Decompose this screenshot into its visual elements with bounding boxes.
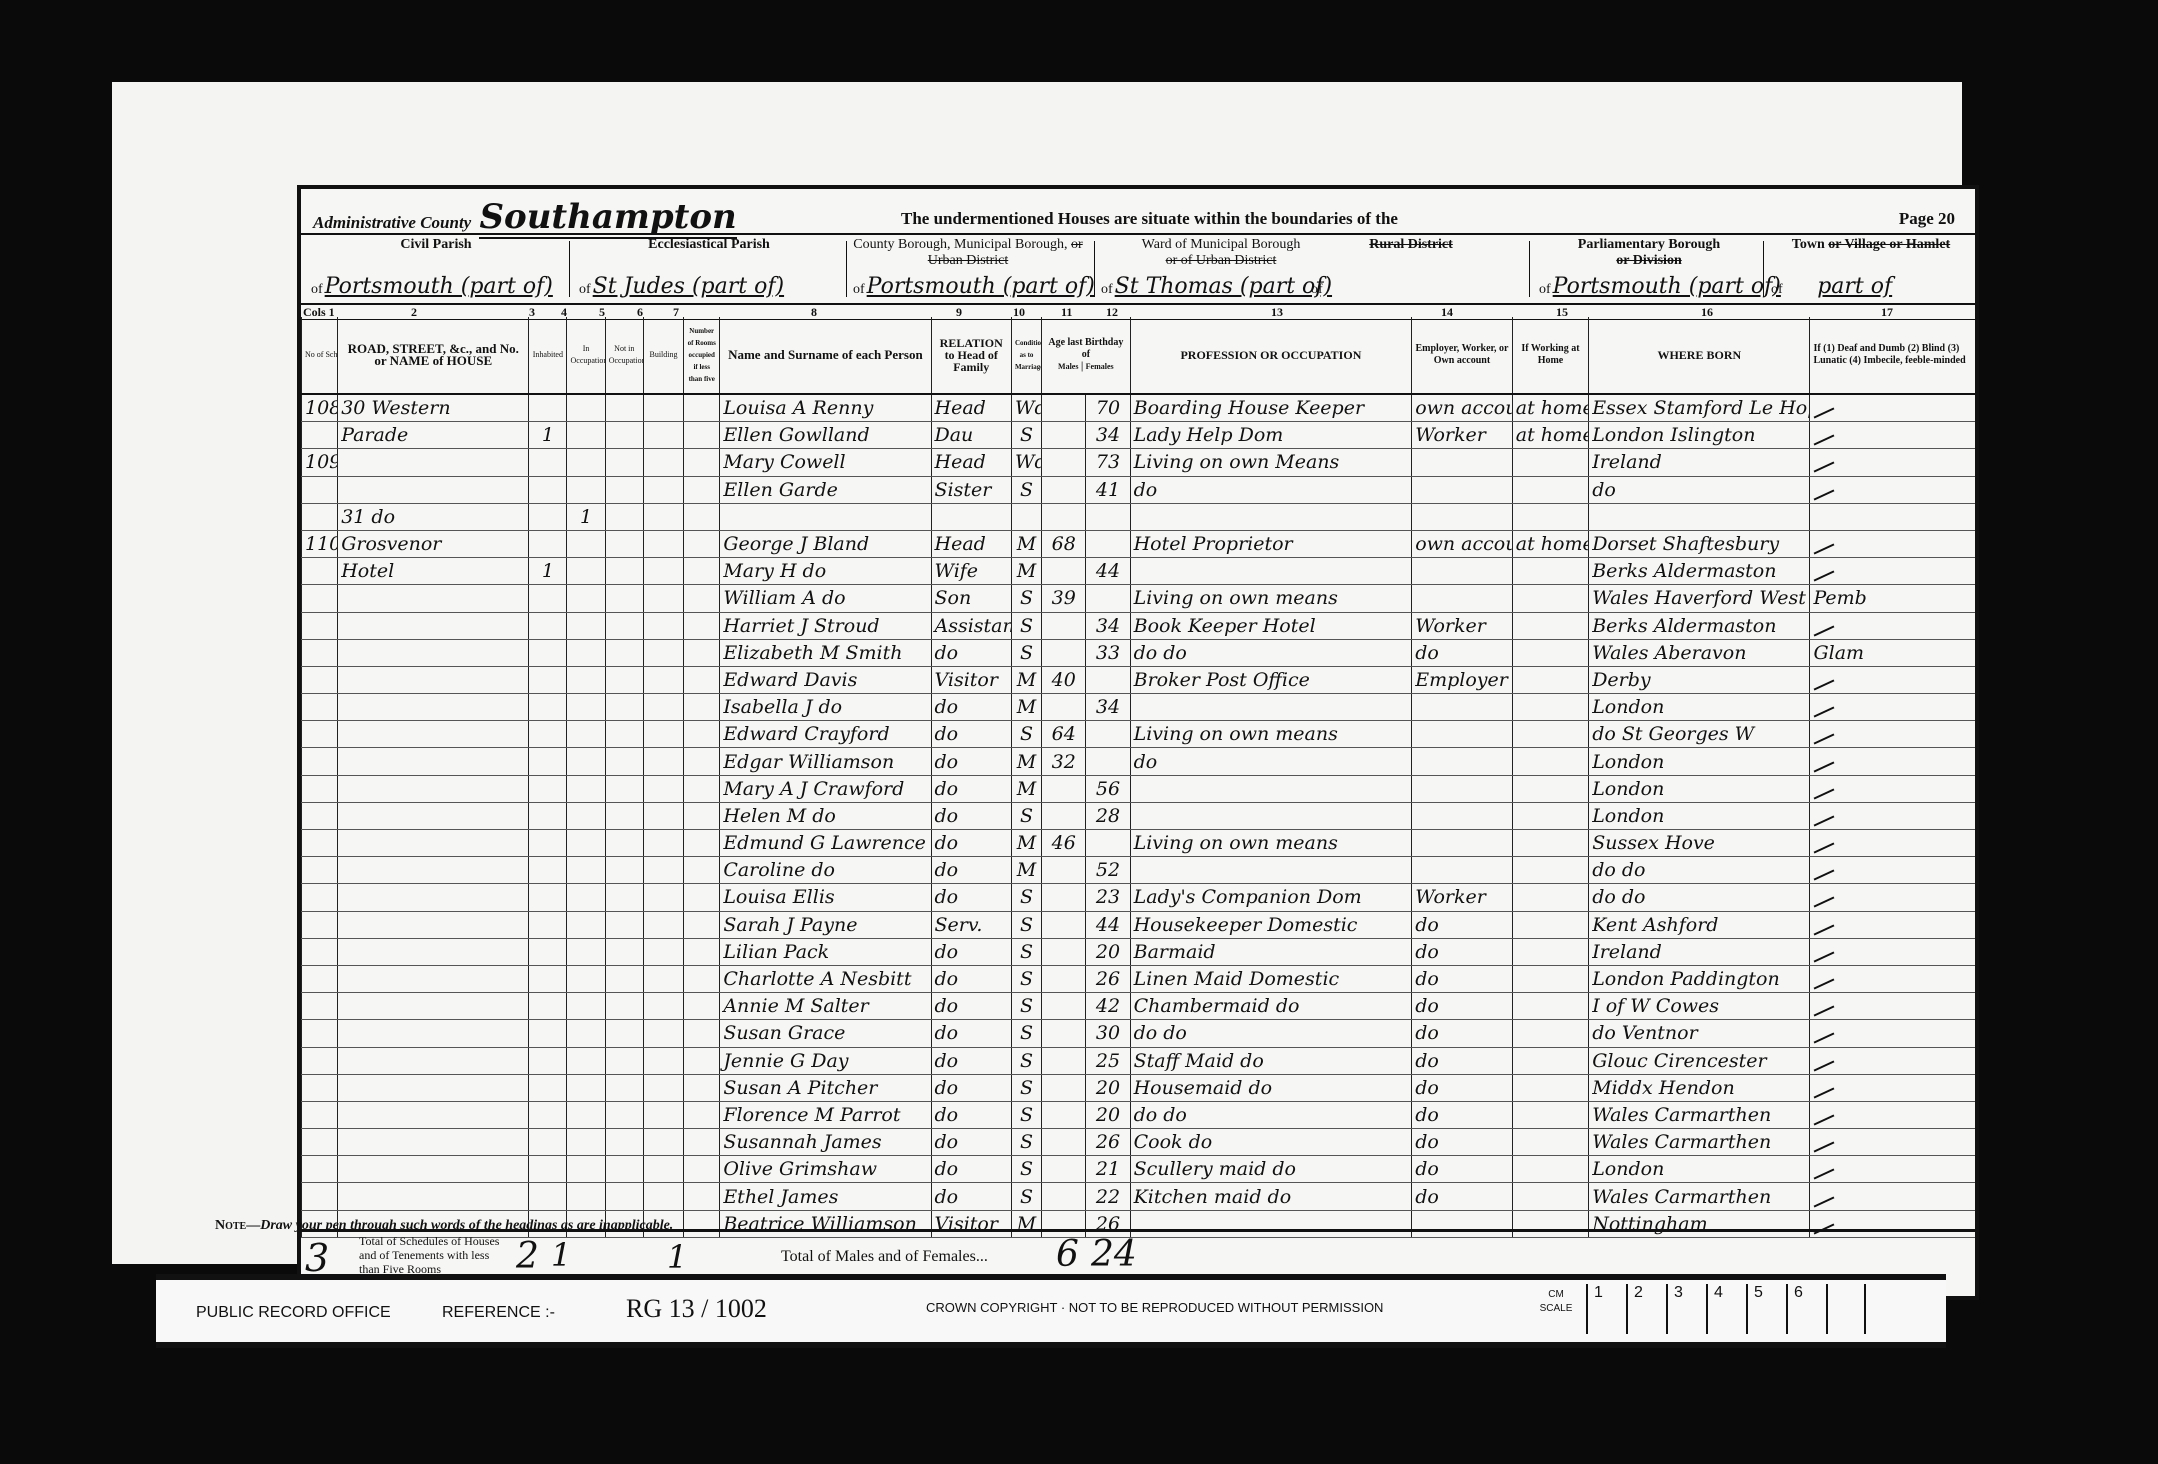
table-row: Susannah JamesdoS26Cook dodoWales Carmar…	[302, 1129, 1976, 1156]
county-borough: County Borough, Municipal Borough, or Ur…	[853, 237, 1083, 303]
parl-borough-value: Portsmouth (part of)	[1553, 274, 1781, 299]
cell-name: Isabella J do	[720, 694, 931, 721]
cell-schedule	[302, 721, 338, 748]
tick-mark-icon	[1814, 408, 1835, 419]
cell-uninhabited	[567, 585, 605, 612]
cell-building	[643, 1074, 683, 1101]
cell-notocc	[605, 748, 643, 775]
cell-born: do Ventnor	[1589, 1020, 1810, 1047]
cell-born: Wales Carmarthen	[1589, 1101, 1810, 1128]
cell-notocc	[605, 503, 643, 530]
cell-occupation	[1130, 857, 1412, 884]
cell-infirmity	[1810, 1156, 1975, 1183]
cell-building	[643, 1101, 683, 1128]
cell-rooms	[684, 721, 720, 748]
cell-name: George J Bland	[720, 530, 931, 557]
total-females: 24	[1091, 1234, 1137, 1275]
cell-infirmity	[1810, 503, 1975, 530]
tick-mark-icon	[1814, 815, 1835, 826]
cell-at-home: at home	[1512, 530, 1588, 557]
cell-female	[1086, 666, 1130, 693]
cell-uninhabited	[567, 938, 605, 965]
cell-male	[1042, 1101, 1086, 1128]
cell-address	[338, 1183, 529, 1210]
header-age: Age last Birthday ofMales | Females	[1042, 317, 1131, 394]
cell-uninhabited	[567, 993, 605, 1020]
cell-inhabited	[529, 530, 567, 557]
cell-female: 52	[1086, 857, 1130, 884]
cell-relation: Son	[931, 585, 1011, 612]
record-office: PUBLIC RECORD OFFICE	[196, 1304, 391, 1322]
table-row: Annie M SalterdoS42Chambermaid dodoI of …	[302, 993, 1976, 1020]
header-occupation: PROFESSION OR OCCUPATION	[1130, 317, 1412, 394]
cell-employment	[1412, 694, 1513, 721]
cell-occupation	[1130, 558, 1412, 585]
cell-condition: Wd	[1011, 394, 1041, 422]
cell-employment: do	[1412, 1074, 1513, 1101]
cell-occupation: Boarding House Keeper	[1130, 394, 1412, 422]
cell-occupation: Barmaid	[1130, 938, 1412, 965]
tick-mark-icon	[1814, 978, 1835, 989]
cell-employment: do	[1412, 1183, 1513, 1210]
cell-female: 20	[1086, 1101, 1130, 1128]
cell-at-home	[1512, 1183, 1588, 1210]
total-inhabited: 2	[516, 1236, 539, 1277]
tick-mark-icon	[1814, 734, 1835, 745]
cell-relation: do	[931, 993, 1011, 1020]
cell-notocc	[605, 666, 643, 693]
cell-relation: do	[931, 775, 1011, 802]
cell-condition: S	[1011, 1183, 1041, 1210]
cell-employment	[1412, 857, 1513, 884]
cell-occupation: Living on own means	[1130, 721, 1412, 748]
tick-mark-icon	[1814, 924, 1835, 935]
cell-infirmity	[1810, 938, 1975, 965]
cell-condition: S	[1011, 1129, 1041, 1156]
table-row: Lilian PackdoS20BarmaiddoIreland	[302, 938, 1976, 965]
cell-notocc	[605, 965, 643, 992]
cell-at-home	[1512, 965, 1588, 992]
cell-female: 34	[1086, 694, 1130, 721]
cell-born: Berks Aldermaston	[1589, 558, 1810, 585]
cell-name: Mary H do	[720, 558, 931, 585]
cell-condition: S	[1011, 938, 1041, 965]
table-row: Edmund G LawrencedoM46Living on own mean…	[302, 830, 1976, 857]
cell-address	[338, 965, 529, 992]
cell-rooms	[684, 830, 720, 857]
cell-inhabited	[529, 694, 567, 721]
cell-name: Caroline do	[720, 857, 931, 884]
cell-condition: S	[1011, 1156, 1041, 1183]
table-row: Ellen GardeSisterS41dodo	[302, 476, 1976, 503]
cell-schedule	[302, 1101, 338, 1128]
cell-address	[338, 694, 529, 721]
cell-notocc	[605, 639, 643, 666]
cell-building	[643, 802, 683, 829]
cell-female: 28	[1086, 802, 1130, 829]
cell-address	[338, 1156, 529, 1183]
cell-employment: Worker	[1412, 884, 1513, 911]
cell-infirmity	[1810, 422, 1975, 449]
cell-notocc	[605, 394, 643, 422]
cell-at-home	[1512, 1020, 1588, 1047]
cell-inhabited: 1	[529, 558, 567, 585]
table-row: Elizabeth M SmithdoS33do dodoWales Abera…	[302, 639, 1976, 666]
table-row: Susan A PitcherdoS20Housemaid dodoMiddx …	[302, 1074, 1976, 1101]
town: Town or Village or Hamlet ofpart of	[1771, 237, 1971, 303]
cell-infirmity	[1810, 394, 1975, 422]
table-row: 110GrosvenorGeorge J BlandHeadM68Hotel P…	[302, 530, 1976, 557]
cell-notocc	[605, 694, 643, 721]
cell-inhabited	[529, 911, 567, 938]
cell-infirmity	[1810, 612, 1975, 639]
cell-born: do do	[1589, 884, 1810, 911]
table-row: 31 do1	[302, 503, 1976, 530]
cell-building	[643, 748, 683, 775]
cell-male	[1042, 1020, 1086, 1047]
cell-uninhabited	[567, 639, 605, 666]
tick-mark-icon	[1814, 870, 1835, 881]
copyright-notice: CROWN COPYRIGHT · NOT TO BE REPRODUCED W…	[926, 1300, 1383, 1315]
cell-inhabited	[529, 394, 567, 422]
column-headers: No of Schedule ROAD, STREET, &c., and No…	[302, 317, 1976, 394]
cell-female: 21	[1086, 1156, 1130, 1183]
cell-condition: S	[1011, 1074, 1041, 1101]
cell-infirmity	[1810, 911, 1975, 938]
cell-building	[643, 666, 683, 693]
cell-at-home	[1512, 721, 1588, 748]
cell-infirmity	[1810, 694, 1975, 721]
cell-occupation: Housekeeper Domestic	[1130, 911, 1412, 938]
cell-name: Mary Cowell	[720, 449, 931, 476]
cell-schedule	[302, 612, 338, 639]
cell-rooms	[684, 585, 720, 612]
cell-male	[1042, 612, 1086, 639]
cell-male	[1042, 802, 1086, 829]
cell-male: 46	[1042, 830, 1086, 857]
cell-name: Ethel James	[720, 1183, 931, 1210]
cell-condition: M	[1011, 830, 1041, 857]
cell-inhabited	[529, 1047, 567, 1074]
table-row: Caroline dodoM52do do	[302, 857, 1976, 884]
cell-at-home	[1512, 1074, 1588, 1101]
cell-condition: M	[1011, 775, 1041, 802]
cell-employment: do	[1412, 1156, 1513, 1183]
cell-occupation: Hotel Proprietor	[1130, 530, 1412, 557]
cell-female: 26	[1086, 1129, 1130, 1156]
cell-inhabited	[529, 666, 567, 693]
cell-uninhabited	[567, 884, 605, 911]
cell-building	[643, 965, 683, 992]
cell-occupation: Lady Help Dom	[1130, 422, 1412, 449]
page-number: Page 20	[1899, 209, 1955, 229]
cell-employment	[1412, 802, 1513, 829]
cell-building	[643, 639, 683, 666]
cell-male	[1042, 911, 1086, 938]
cell-born: Glouc Cirencester	[1589, 1047, 1810, 1074]
cell-address	[338, 857, 529, 884]
tick-mark-icon	[1814, 843, 1835, 854]
cell-female: 26	[1086, 965, 1130, 992]
cell-notocc	[605, 449, 643, 476]
cell-inhabited	[529, 830, 567, 857]
tick-mark-icon	[1814, 571, 1835, 582]
cell-relation: do	[931, 1183, 1011, 1210]
cell-at-home	[1512, 666, 1588, 693]
parliamentary-borough: Parliamentary Boroughor Division ofPorts…	[1539, 237, 1759, 303]
cell-condition: M	[1011, 530, 1041, 557]
cell-at-home	[1512, 748, 1588, 775]
cell-born	[1589, 503, 1810, 530]
cell-notocc	[605, 476, 643, 503]
cell-schedule	[302, 666, 338, 693]
cell-inhabited	[529, 1101, 567, 1128]
cell-male	[1042, 422, 1086, 449]
cell-rooms	[684, 748, 720, 775]
county-borough-value: Portsmouth (part of)	[867, 274, 1095, 299]
table-row: Edgar WilliamsondoM32doLondon	[302, 748, 1976, 775]
cell-relation: do	[931, 1129, 1011, 1156]
cell-schedule	[302, 1020, 338, 1047]
census-sheet: Administrative County Southampton The un…	[297, 185, 1979, 1300]
cell-condition: S	[1011, 585, 1041, 612]
cell-rooms	[684, 449, 720, 476]
cell-notocc	[605, 1101, 643, 1128]
cell-uninhabited	[567, 476, 605, 503]
cell-inhabited	[529, 748, 567, 775]
cell-rooms	[684, 1047, 720, 1074]
scale-mark: 1	[1586, 1284, 1626, 1334]
cell-at-home	[1512, 503, 1588, 530]
cell-building	[643, 476, 683, 503]
cell-at-home	[1512, 558, 1588, 585]
cell-occupation: Living on own means	[1130, 830, 1412, 857]
cell-female	[1086, 748, 1130, 775]
cell-building	[643, 857, 683, 884]
cell-condition: S	[1011, 993, 1041, 1020]
cell-uninhabited	[567, 1156, 605, 1183]
cell-male	[1042, 775, 1086, 802]
cell-address	[338, 1047, 529, 1074]
cell-relation: do	[931, 748, 1011, 775]
scale-mark: 4	[1706, 1284, 1746, 1334]
cell-born: Derby	[1589, 666, 1810, 693]
cell-rooms	[684, 666, 720, 693]
cell-male	[1042, 993, 1086, 1020]
cell-rooms	[684, 993, 720, 1020]
cell-address	[338, 1074, 529, 1101]
scale-mark	[1826, 1284, 1866, 1334]
tick-mark-icon	[1814, 897, 1835, 908]
cell-address: Hotel	[338, 558, 529, 585]
cell-condition: M	[1011, 857, 1041, 884]
cell-uninhabited: 1	[567, 503, 605, 530]
cell-male: 32	[1042, 748, 1086, 775]
cell-address	[338, 1101, 529, 1128]
cell-employment	[1412, 775, 1513, 802]
cell-building	[643, 530, 683, 557]
header-schedule: No of Schedule	[302, 317, 338, 394]
cell-occupation: Housemaid do	[1130, 1074, 1412, 1101]
cell-employment	[1412, 830, 1513, 857]
cell-rooms	[684, 938, 720, 965]
cell-uninhabited	[567, 694, 605, 721]
cell-schedule	[302, 775, 338, 802]
cell-condition: S	[1011, 1020, 1041, 1047]
cell-born: Ireland	[1589, 449, 1810, 476]
cell-female: 20	[1086, 1074, 1130, 1101]
cell-male: 39	[1042, 585, 1086, 612]
cell-employment	[1412, 503, 1513, 530]
cell-rooms	[684, 1101, 720, 1128]
table-row: Edward CrayforddoS64Living on own meansd…	[302, 721, 1976, 748]
cell-relation: do	[931, 639, 1011, 666]
cell-uninhabited	[567, 857, 605, 884]
cell-infirmity	[1810, 449, 1975, 476]
cell-relation: Dau	[931, 422, 1011, 449]
cell-schedule	[302, 1047, 338, 1074]
cell-name: Harriet J Stroud	[720, 612, 931, 639]
table-row: Olive GrimshawdoS21Scullery maid dodoLon…	[302, 1156, 1976, 1183]
cell-employment: do	[1412, 965, 1513, 992]
cell-name: Sarah J Payne	[720, 911, 931, 938]
cell-schedule	[302, 1183, 338, 1210]
cell-female	[1086, 721, 1130, 748]
cell-name: Susan A Pitcher	[720, 1074, 931, 1101]
tick-mark-icon	[1814, 1006, 1835, 1017]
cell-male	[1042, 1156, 1086, 1183]
cell-building	[643, 503, 683, 530]
cell-at-home: at home	[1512, 394, 1588, 422]
tick-mark-icon	[1814, 489, 1835, 500]
tick-mark-icon	[1814, 543, 1835, 554]
cell-at-home	[1512, 830, 1588, 857]
cell-inhabited	[529, 639, 567, 666]
cell-infirmity	[1810, 884, 1975, 911]
tick-mark-icon	[1814, 1196, 1835, 1207]
eccl-parish-label: Ecclesiastical Parish	[579, 237, 839, 253]
cell-schedule	[302, 503, 338, 530]
admin-county-label: Administrative County	[313, 213, 471, 232]
cell-born: do do	[1589, 857, 1810, 884]
cell-at-home	[1512, 585, 1588, 612]
cell-male	[1042, 639, 1086, 666]
cell-at-home	[1512, 993, 1588, 1020]
cell-relation: do	[931, 1156, 1011, 1183]
scale-mark: 2	[1626, 1284, 1666, 1334]
cell-occupation: Cook do	[1130, 1129, 1412, 1156]
cell-occupation: Staff Maid do	[1130, 1047, 1412, 1074]
table-row: 109Mary CowellHeadWd73Living on own Mean…	[302, 449, 1976, 476]
cell-schedule: 109	[302, 449, 338, 476]
cell-notocc	[605, 857, 643, 884]
scale-mark: 5	[1746, 1284, 1786, 1334]
cell-name: Ellen Gowlland	[720, 422, 931, 449]
cell-inhabited	[529, 938, 567, 965]
cell-male: 40	[1042, 666, 1086, 693]
males-females-label: Total of Males and of Females...	[781, 1248, 988, 1266]
cell-condition: S	[1011, 721, 1041, 748]
cell-occupation: Lady's Companion Dom	[1130, 884, 1412, 911]
cell-female: 42	[1086, 993, 1130, 1020]
cell-notocc	[605, 530, 643, 557]
cell-schedule	[302, 938, 338, 965]
cell-uninhabited	[567, 1047, 605, 1074]
cell-born: London Paddington	[1589, 965, 1810, 992]
cell-employment: own account	[1412, 530, 1513, 557]
cell-employment: do	[1412, 1101, 1513, 1128]
cell-male	[1042, 1129, 1086, 1156]
cell-name: Ellen Garde	[720, 476, 931, 503]
header-where-born: WHERE BORN	[1589, 317, 1810, 394]
cell-name: Olive Grimshaw	[720, 1156, 931, 1183]
cell-inhabited	[529, 449, 567, 476]
cell-occupation: Kitchen maid do	[1130, 1183, 1412, 1210]
cell-born: London	[1589, 1156, 1810, 1183]
census-table: No of Schedule ROAD, STREET, &c., and No…	[301, 317, 1975, 1238]
cell-relation: do	[931, 965, 1011, 992]
cell-born: Ireland	[1589, 938, 1810, 965]
cell-address	[338, 884, 529, 911]
cell-building	[643, 721, 683, 748]
cell-schedule	[302, 694, 338, 721]
tick-mark-icon	[1814, 679, 1835, 690]
tick-mark-icon	[1814, 625, 1835, 636]
cell-born: Wales Carmarthen	[1589, 1129, 1810, 1156]
cell-occupation: do	[1130, 748, 1412, 775]
cell-at-home	[1512, 1156, 1588, 1183]
cell-inhabited	[529, 721, 567, 748]
cell-occupation	[1130, 802, 1412, 829]
cell-relation: do	[931, 1101, 1011, 1128]
cell-address	[338, 993, 529, 1020]
cell-employment	[1412, 585, 1513, 612]
cell-inhabited	[529, 1074, 567, 1101]
cell-schedule	[302, 857, 338, 884]
cell-born: London	[1589, 775, 1810, 802]
cell-rooms	[684, 694, 720, 721]
cell-at-home	[1512, 476, 1588, 503]
cell-address	[338, 802, 529, 829]
cell-infirmity	[1810, 1101, 1975, 1128]
cell-schedule	[302, 1156, 338, 1183]
header-in-occupation: In Occupation	[567, 317, 605, 394]
cell-born: Berks Aldermaston	[1589, 612, 1810, 639]
cell-female	[1086, 503, 1130, 530]
cell-occupation: do do	[1130, 639, 1412, 666]
cell-rooms	[684, 422, 720, 449]
total-rooms: 1	[667, 1238, 687, 1276]
cell-rooms	[684, 884, 720, 911]
cell-uninhabited	[567, 1183, 605, 1210]
cell-rooms	[684, 965, 720, 992]
cell-infirmity	[1810, 721, 1975, 748]
cell-relation: Visitor	[931, 666, 1011, 693]
table-row: Florence M ParrotdoS20do dodoWales Carma…	[302, 1101, 1976, 1128]
cell-occupation: Broker Post Office	[1130, 666, 1412, 693]
cell-condition: Wd	[1011, 449, 1041, 476]
cell-rooms	[684, 1020, 720, 1047]
cell-infirmity	[1810, 530, 1975, 557]
cell-address: Grosvenor	[338, 530, 529, 557]
cell-notocc	[605, 422, 643, 449]
cell-building	[643, 394, 683, 422]
cell-employment	[1412, 558, 1513, 585]
header-building: Building	[643, 317, 683, 394]
cell-condition: S	[1011, 476, 1041, 503]
cell-male	[1042, 449, 1086, 476]
cell-building	[643, 1129, 683, 1156]
